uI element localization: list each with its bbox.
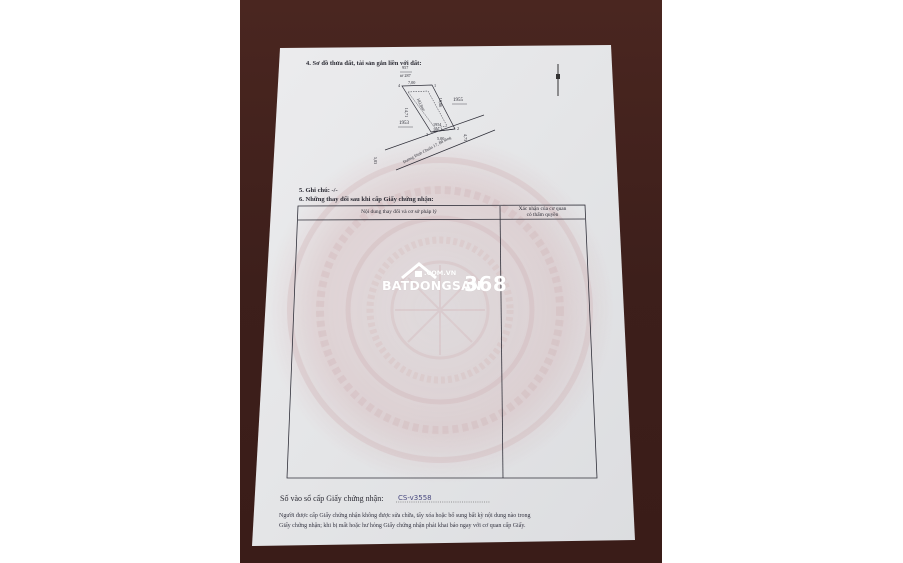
watermark-number: 368 [464,272,507,296]
watermark-domain: .COM.VN [424,269,456,277]
